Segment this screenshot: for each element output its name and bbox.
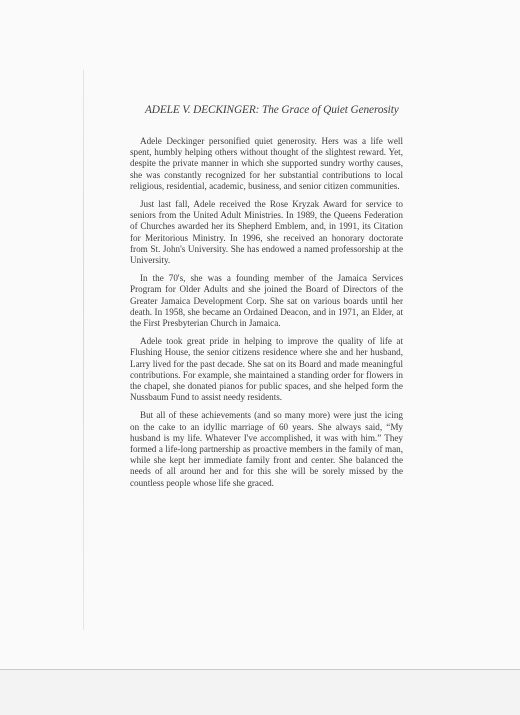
paragraph: In the 70's, she was a founding member o… — [130, 273, 403, 329]
scan-edge-line — [83, 70, 84, 630]
paragraph: But all of these achievements (and so ma… — [130, 410, 403, 488]
scanner-bed — [0, 670, 520, 715]
paragraph: Just last fall, Adele received the Rose … — [130, 199, 403, 266]
document-title: ADELE V. DECKINGER: The Grace of Quiet G… — [145, 104, 425, 116]
title-subtitle: The Grace of Quiet Generosity — [262, 104, 399, 116]
title-name: ADELE V. DECKINGER: — [145, 104, 259, 116]
document-body: Adele Deckinger personified quiet genero… — [130, 136, 403, 496]
paragraph: Adele Deckinger personified quiet genero… — [130, 136, 403, 192]
scanned-page: ADELE V. DECKINGER: The Grace of Quiet G… — [0, 0, 520, 669]
paragraph: Adele took great pride in helping to imp… — [130, 336, 403, 403]
